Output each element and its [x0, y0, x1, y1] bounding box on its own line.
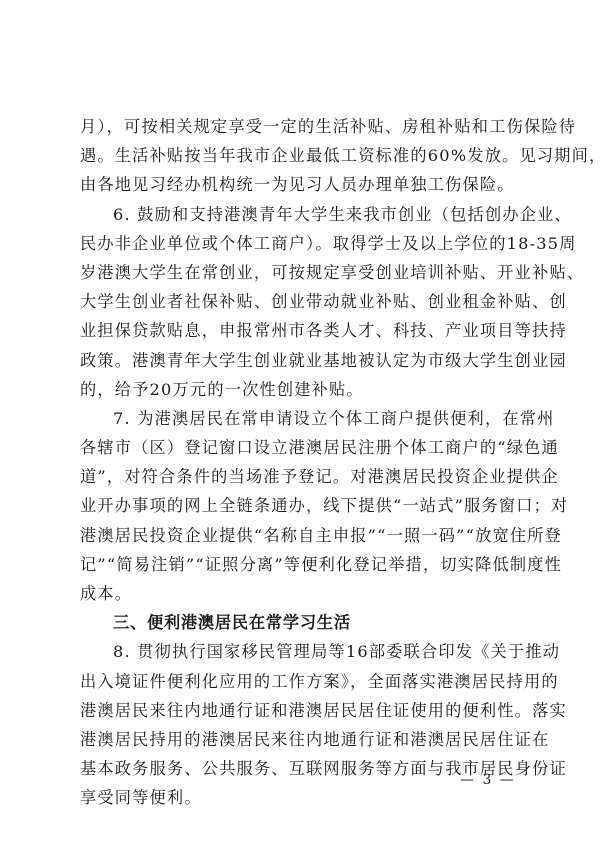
paragraph-line: 记”“简易注销”“证照分离”等便利化登记举措，切实降低制度性: [80, 550, 518, 579]
page-number: — 3 —: [460, 772, 516, 788]
paragraph-line: 政策。港澳青年大学生创业就业基地被认定为市级大学生创业园: [80, 346, 518, 375]
section-heading: 三、便利港澳居民在常学习生活: [80, 608, 518, 637]
paragraph-line: 享受同等便利。: [80, 783, 518, 812]
document-page: 月），可按相关规定享受一定的生活补贴、房租补贴和工伤保险待 遇。生活补贴按当年我…: [0, 0, 600, 848]
paragraph-line: 月），可按相关规定享受一定的生活补贴、房租补贴和工伤保险待: [80, 112, 518, 141]
paragraph-line: 由各地见习经办机构统一为见习人员办理单独工伤保险。: [80, 170, 518, 199]
paragraph-line: 民办非企业单位或个体工商户）。取得学士及以上学位的18-35周: [80, 229, 518, 258]
paragraph-line: 大学生创业者社保补贴、创业带动就业补贴、创业租金补贴、创: [80, 287, 518, 316]
paragraph-line: 道”，对符合条件的当场准予登记。对港澳居民投资企业提供企: [80, 462, 518, 491]
paragraph-line: 港澳居民来往内地通行证和港澳居民居住证使用的便利性。落实: [80, 696, 518, 725]
paragraph-line: 遇。生活补贴按当年我市企业最低工资标准的60%发放。见习期间，: [80, 141, 518, 170]
paragraph-line: 成本。: [80, 579, 518, 608]
paragraph-line: 基本政务服务、公共服务、互联网服务等方面与我市居民身份证: [80, 754, 518, 783]
paragraph-line: 港澳居民持用的港澳居民来往内地通行证和港澳居民居住证在: [80, 725, 518, 754]
paragraph-line: 6. 鼓励和支持港澳青年大学生来我市创业（包括创办企业、: [80, 200, 518, 229]
paragraph-line: 港澳居民投资企业提供“名称自主申报”“一照一码”“放宽住所登: [80, 521, 518, 550]
paragraph-line: 业担保贷款贴息，申报常州市各类人才、科技、产业项目等扶持: [80, 316, 518, 345]
document-body: 月），可按相关规定享受一定的生活补贴、房租补贴和工伤保险待 遇。生活补贴按当年我…: [80, 112, 518, 813]
paragraph-line: 7. 为港澳居民在常申请设立个体工商户提供便利，在常州: [80, 404, 518, 433]
paragraph-line: 各辖市（区）登记窗口设立港澳居民注册个体工商户的“绿色通: [80, 433, 518, 462]
paragraph-line: 的，给予20万元的一次性创建补贴。: [80, 375, 518, 404]
paragraph-line: 业开办事项的网上全链条通办，线下提供“一站式”服务窗口；对: [80, 491, 518, 520]
paragraph-line: 岁港澳大学生在常创业，可按规定享受创业培训补贴、开业补贴、: [80, 258, 518, 287]
paragraph-line: 出入境证件便利化应用的工作方案》，全面落实港澳居民持用的: [80, 667, 518, 696]
paragraph-line: 8. 贯彻执行国家移民管理局等16部委联合印发《关于推动: [80, 637, 518, 666]
